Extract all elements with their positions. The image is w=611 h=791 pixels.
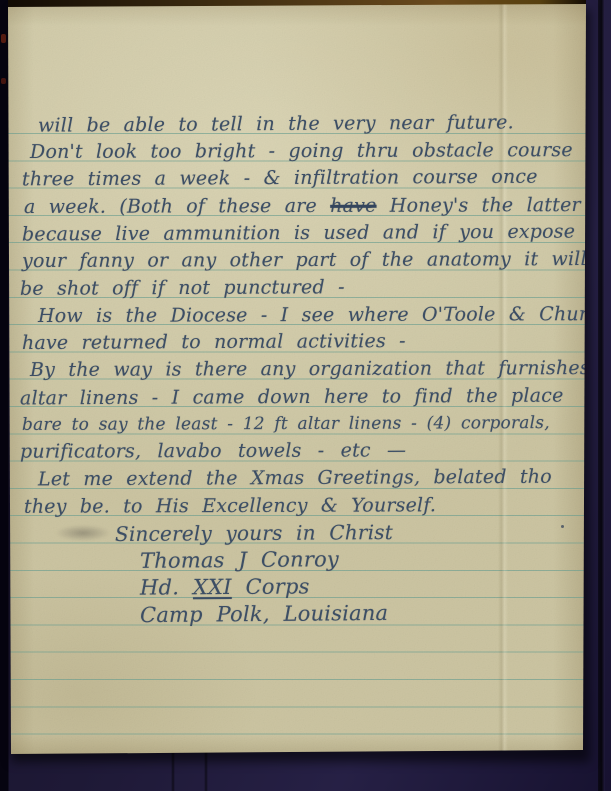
edge-fleck [1,34,6,43]
letter-paper: will be able to tell in the very near fu… [8,4,587,755]
background-seam [598,0,605,791]
paper-grain-texture [8,4,587,755]
edge-fleck [1,78,6,84]
